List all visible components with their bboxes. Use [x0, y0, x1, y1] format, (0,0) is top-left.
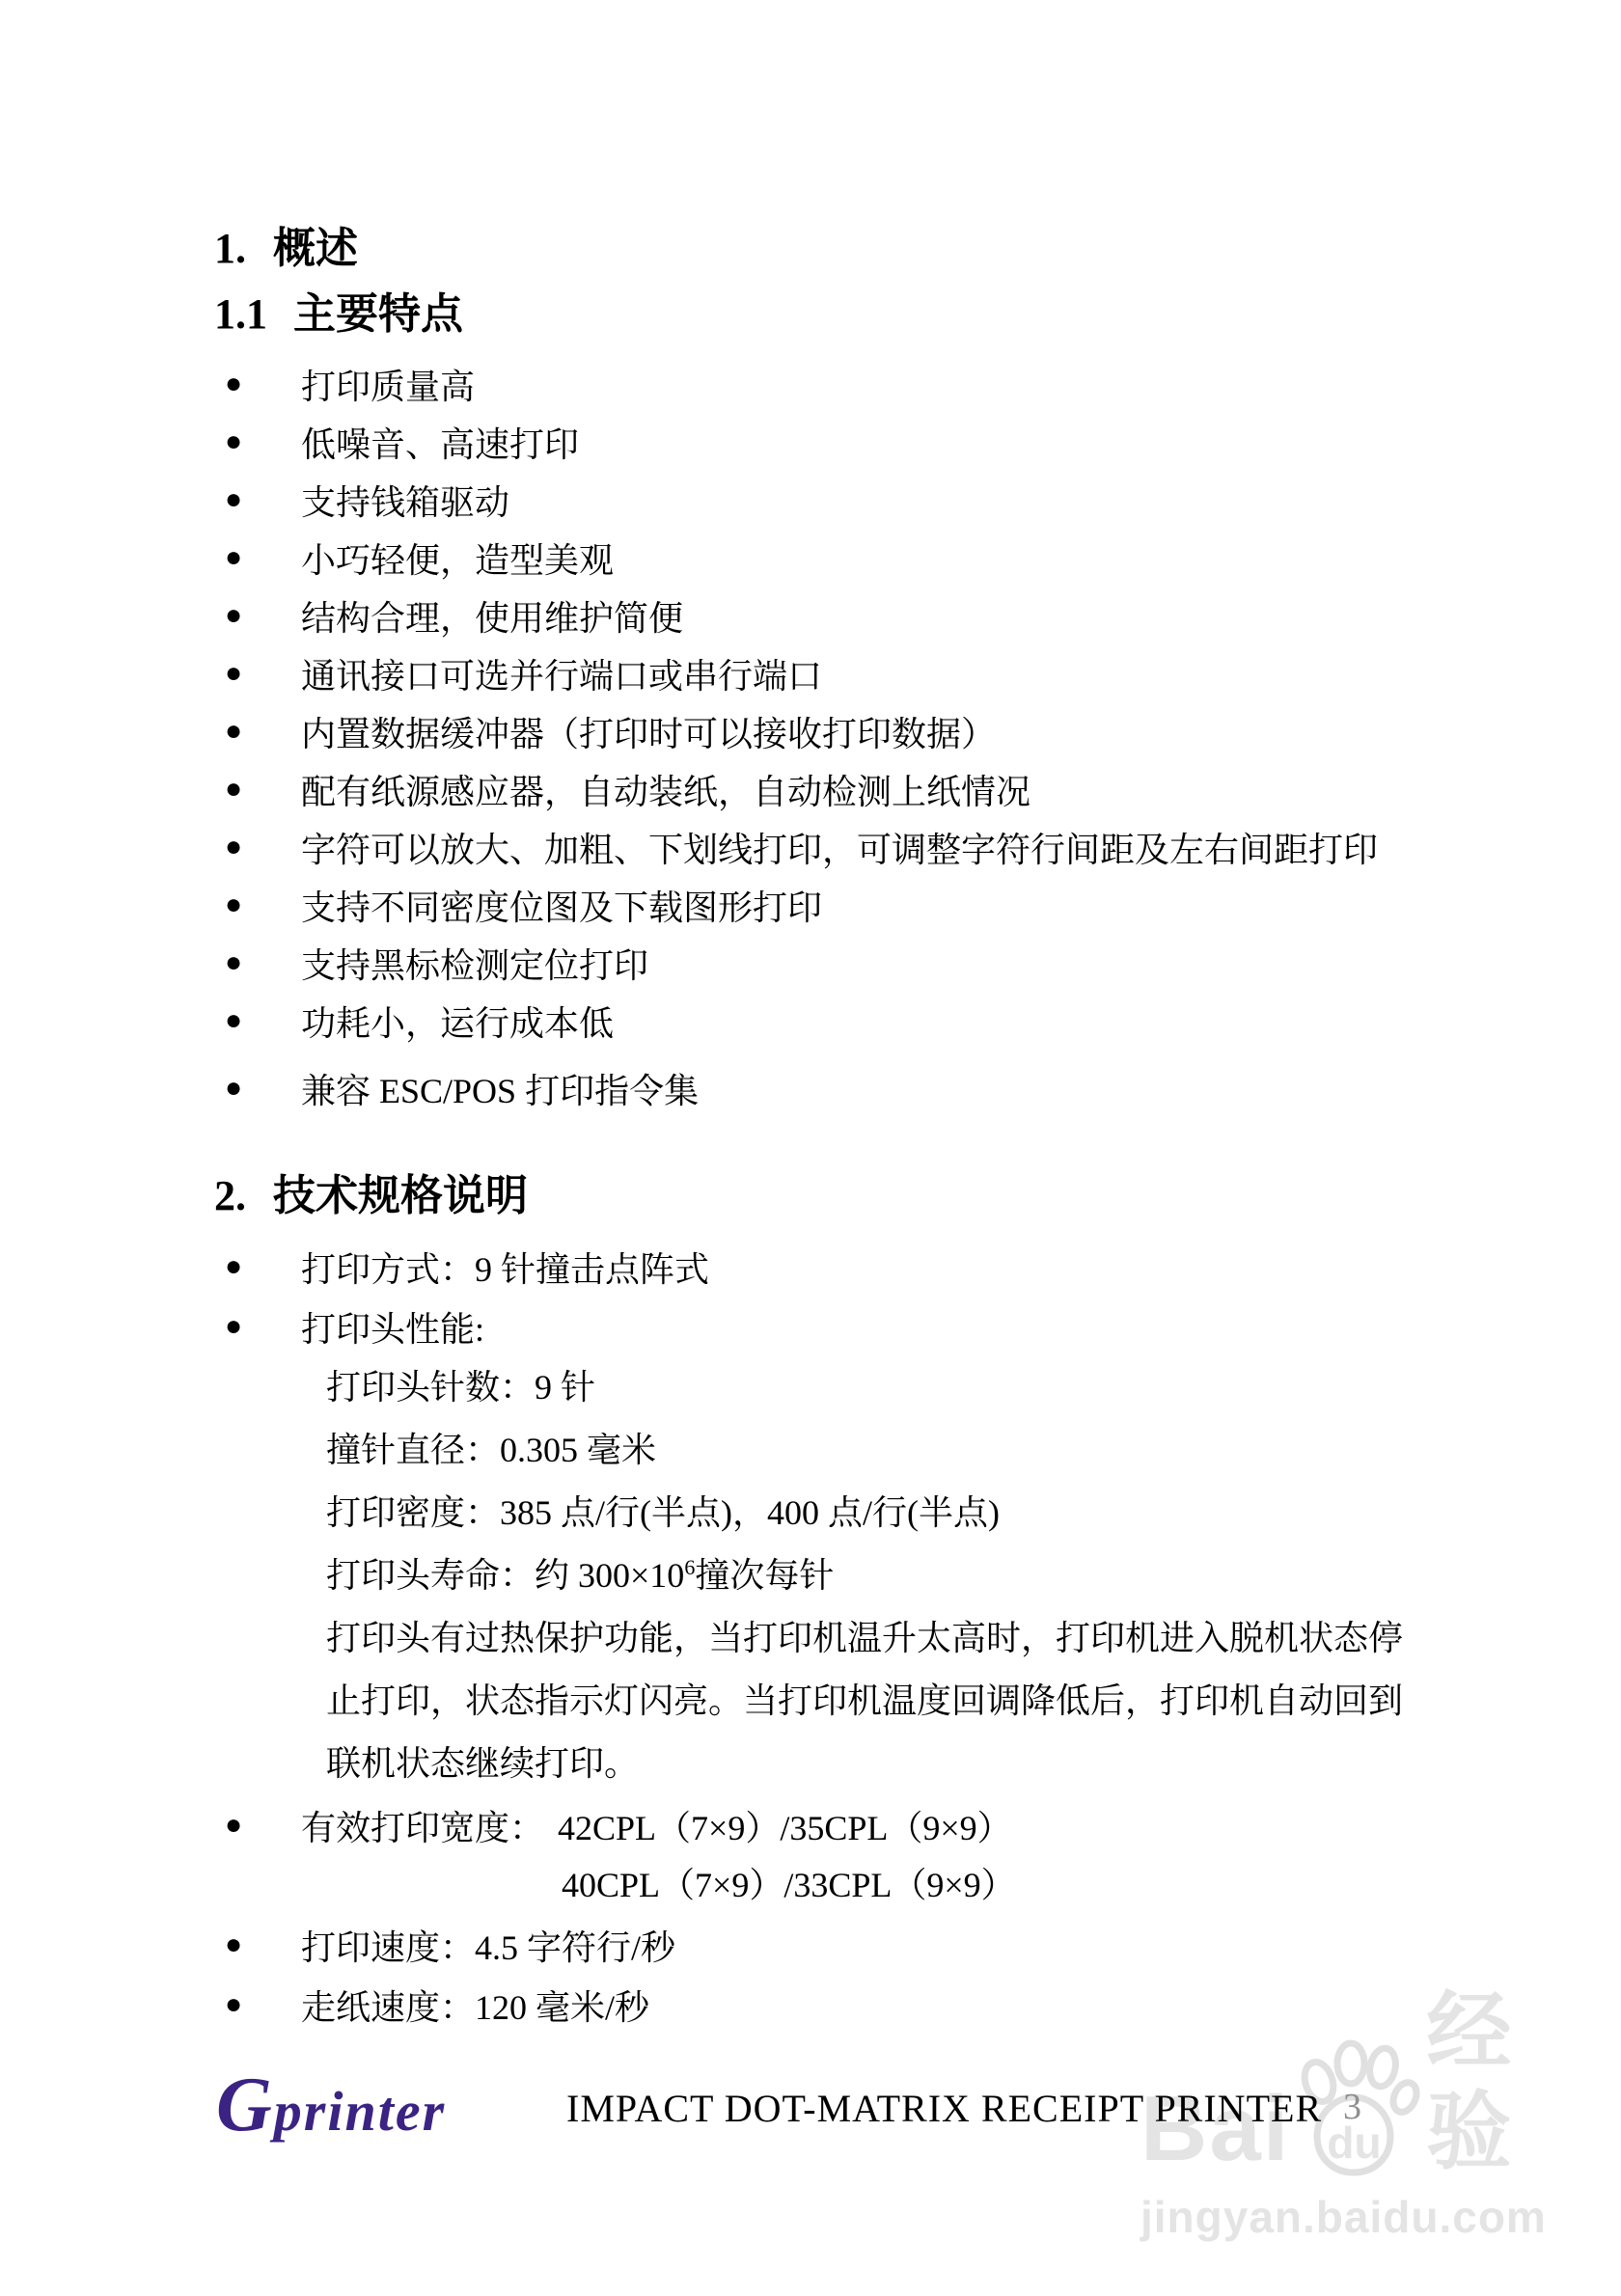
spec-item-print-speed: ● 打印速度：4.5 字符行/秒: [214, 1915, 1440, 1975]
feature-item: ● 内置数据缓冲器（打印时可以接收打印数据）: [214, 702, 1440, 760]
bullet-icon: ●: [214, 369, 301, 398]
head-life-post: 撞次每针: [695, 1556, 834, 1595]
feature-item: ● 字符可以放大、加粗、下划线打印，可调整字符行间距及左右间距打印: [214, 818, 1440, 876]
section1-number: 1.: [214, 224, 246, 274]
feature-text: 小巧轻便，造型美观: [301, 533, 614, 583]
spec-item-print-method: ● 打印方式：9 针撞击点阵式: [214, 1237, 1440, 1297]
head-life-pre: 打印头寿命：约 300×10: [326, 1556, 684, 1595]
baidu-watermark-jingyan-text: 经验: [1426, 1982, 1546, 2182]
bullet-icon: ●: [214, 775, 301, 804]
feature-item: ● 低噪音、高速打印: [214, 413, 1440, 471]
feature-text: 通讯接口可选并行端口或串行端口: [301, 649, 822, 698]
spec-paragraph-overheat-line2: 止打印，状态指示灯闪亮。当打印机温度回调降低后，打印机自动回到: [326, 1670, 1440, 1733]
feature-text: 字符可以放大、加粗、下划线打印，可调整字符行间距及左右间距打印: [301, 823, 1378, 872]
spec-text: 打印速度：4.5 字符行/秒: [301, 1921, 675, 1970]
bullet-icon: ●: [214, 1252, 301, 1281]
gprinter-logo: Gprinter: [216, 2066, 446, 2150]
spec-paragraph-overheat-line3: 联机状态继续打印。: [326, 1733, 1440, 1795]
spec-paragraph-overheat-line1: 打印头有过热保护功能，当打印机温升太高时，打印机进入脱机状态停: [326, 1607, 1440, 1670]
spec-subitem-head-life: 打印头寿命：约 300×106撞次每针: [326, 1544, 1440, 1607]
feature-item: ● 打印质量高: [214, 355, 1440, 413]
section2-heading: 2.技术规格说明: [214, 1171, 1440, 1221]
spec-text: 走纸速度：120 毫米/秒: [301, 1981, 649, 2030]
feature-text: 兼容 ESC/POS 打印指令集: [301, 1064, 699, 1113]
feature-text: 配有纸源感应器，自动装纸，自动检测上纸情况: [301, 765, 1030, 814]
bullet-icon: ●: [214, 1811, 301, 1840]
spec-subitem-pin-diameter: 撞针直径：0.305 毫米: [326, 1419, 1440, 1482]
spec-item-print-width: ● 有效打印宽度： 42CPL（7×9）/35CPL（9×9）: [214, 1795, 1440, 1855]
feature-item: ● 配有纸源感应器，自动装纸，自动检测上纸情况: [214, 760, 1440, 818]
feature-item: ● 通讯接口可选并行端口或串行端口: [214, 644, 1440, 702]
bullet-icon: ●: [214, 1312, 301, 1341]
bullet-icon: ●: [214, 1074, 301, 1103]
baidu-watermark: Bai du 经验 jingyan.baidu.com: [1140, 2037, 1546, 2246]
feature-item: ● 结构合理，使用维护简便: [214, 587, 1440, 644]
feature-text: 低噪音、高速打印: [301, 418, 579, 467]
feature-item: ● 支持钱箱驱动: [214, 471, 1440, 529]
section1-heading: 1.概述: [214, 224, 1440, 274]
spec-text: 打印头性能:: [301, 1302, 484, 1352]
section2-title: 技术规格说明: [273, 1172, 528, 1219]
feature-item: ● 支持不同密度位图及下载图形打印: [214, 876, 1440, 934]
feature-item: ● 兼容 ESC/POS 打印指令集: [214, 1059, 1440, 1117]
bullet-icon: ●: [214, 717, 301, 746]
spec-item-head-performance: ● 打印头性能:: [214, 1297, 1440, 1356]
feature-text: 支持钱箱驱动: [301, 476, 509, 525]
bullet-icon: ●: [214, 543, 301, 572]
head-life-exponent: 6: [684, 1555, 695, 1579]
bullet-icon: ●: [214, 1990, 301, 2019]
print-width-value1: 42CPL（7×9）/35CPL（9×9）: [558, 1801, 1012, 1850]
bullet-icon: ●: [214, 948, 301, 977]
section1-sub-number: 1.1: [214, 289, 267, 340]
spec-subitem-head-pins: 打印头针数：9 针: [326, 1356, 1440, 1419]
feature-item: ● 小巧轻便，造型美观: [214, 529, 1440, 587]
spec-item-paper-speed: ● 走纸速度：120 毫米/秒: [214, 1975, 1440, 2035]
section1-title: 概述: [273, 225, 358, 272]
feature-text: 支持黑标检测定位打印: [301, 939, 648, 988]
bullet-icon: ●: [214, 427, 301, 456]
spec-subitem-print-density: 打印密度：385 点/行(半点)，400 点/行(半点): [326, 1482, 1440, 1544]
bullet-icon: ●: [214, 601, 301, 630]
feature-text: 结构合理，使用维护简便: [301, 591, 683, 641]
section2-number: 2.: [214, 1171, 246, 1221]
feature-item: ● 功耗小，运行成本低: [214, 992, 1440, 1050]
print-width-value2: 40CPL（7×9）/33CPL（9×9）: [562, 1855, 1440, 1915]
feature-item: ● 支持黑标检测定位打印: [214, 934, 1440, 992]
section1-subheading: 1.1主要特点: [214, 289, 1440, 340]
bullet-icon: ●: [214, 1006, 301, 1035]
footer-document-title: IMPACT DOT-MATRIX RECEIPT PRINTER: [566, 2082, 1322, 2136]
bullet-icon: ●: [214, 833, 301, 861]
spec-text: 打印方式：9 针撞击点阵式: [301, 1243, 709, 1292]
feature-text: 功耗小，运行成本低: [301, 997, 614, 1046]
bullet-icon: ●: [214, 659, 301, 688]
bullet-icon: ●: [214, 890, 301, 919]
print-width-label: 有效打印宽度：: [301, 1801, 544, 1850]
feature-text: 支持不同密度位图及下载图形打印: [301, 881, 822, 930]
baidu-watermark-url: jingyan.baidu.com: [1140, 2188, 1546, 2246]
page-number: 3: [1343, 2080, 1361, 2134]
bullet-icon: ●: [214, 1930, 301, 1959]
feature-text: 内置数据缓冲器（打印时可以接收打印数据）: [301, 707, 996, 756]
section1-sub-title: 主要特点: [293, 290, 463, 338]
document-content: 1.概述 1.1主要特点 ● 打印质量高 ● 低噪音、高速打印 ● 支持钱箱驱动…: [214, 224, 1440, 2035]
feature-text: 打印质量高: [301, 360, 475, 409]
manual-page: Bai du 经验 jingyan.baidu.com 1.概述: [0, 0, 1621, 2296]
bullet-icon: ●: [214, 485, 301, 514]
